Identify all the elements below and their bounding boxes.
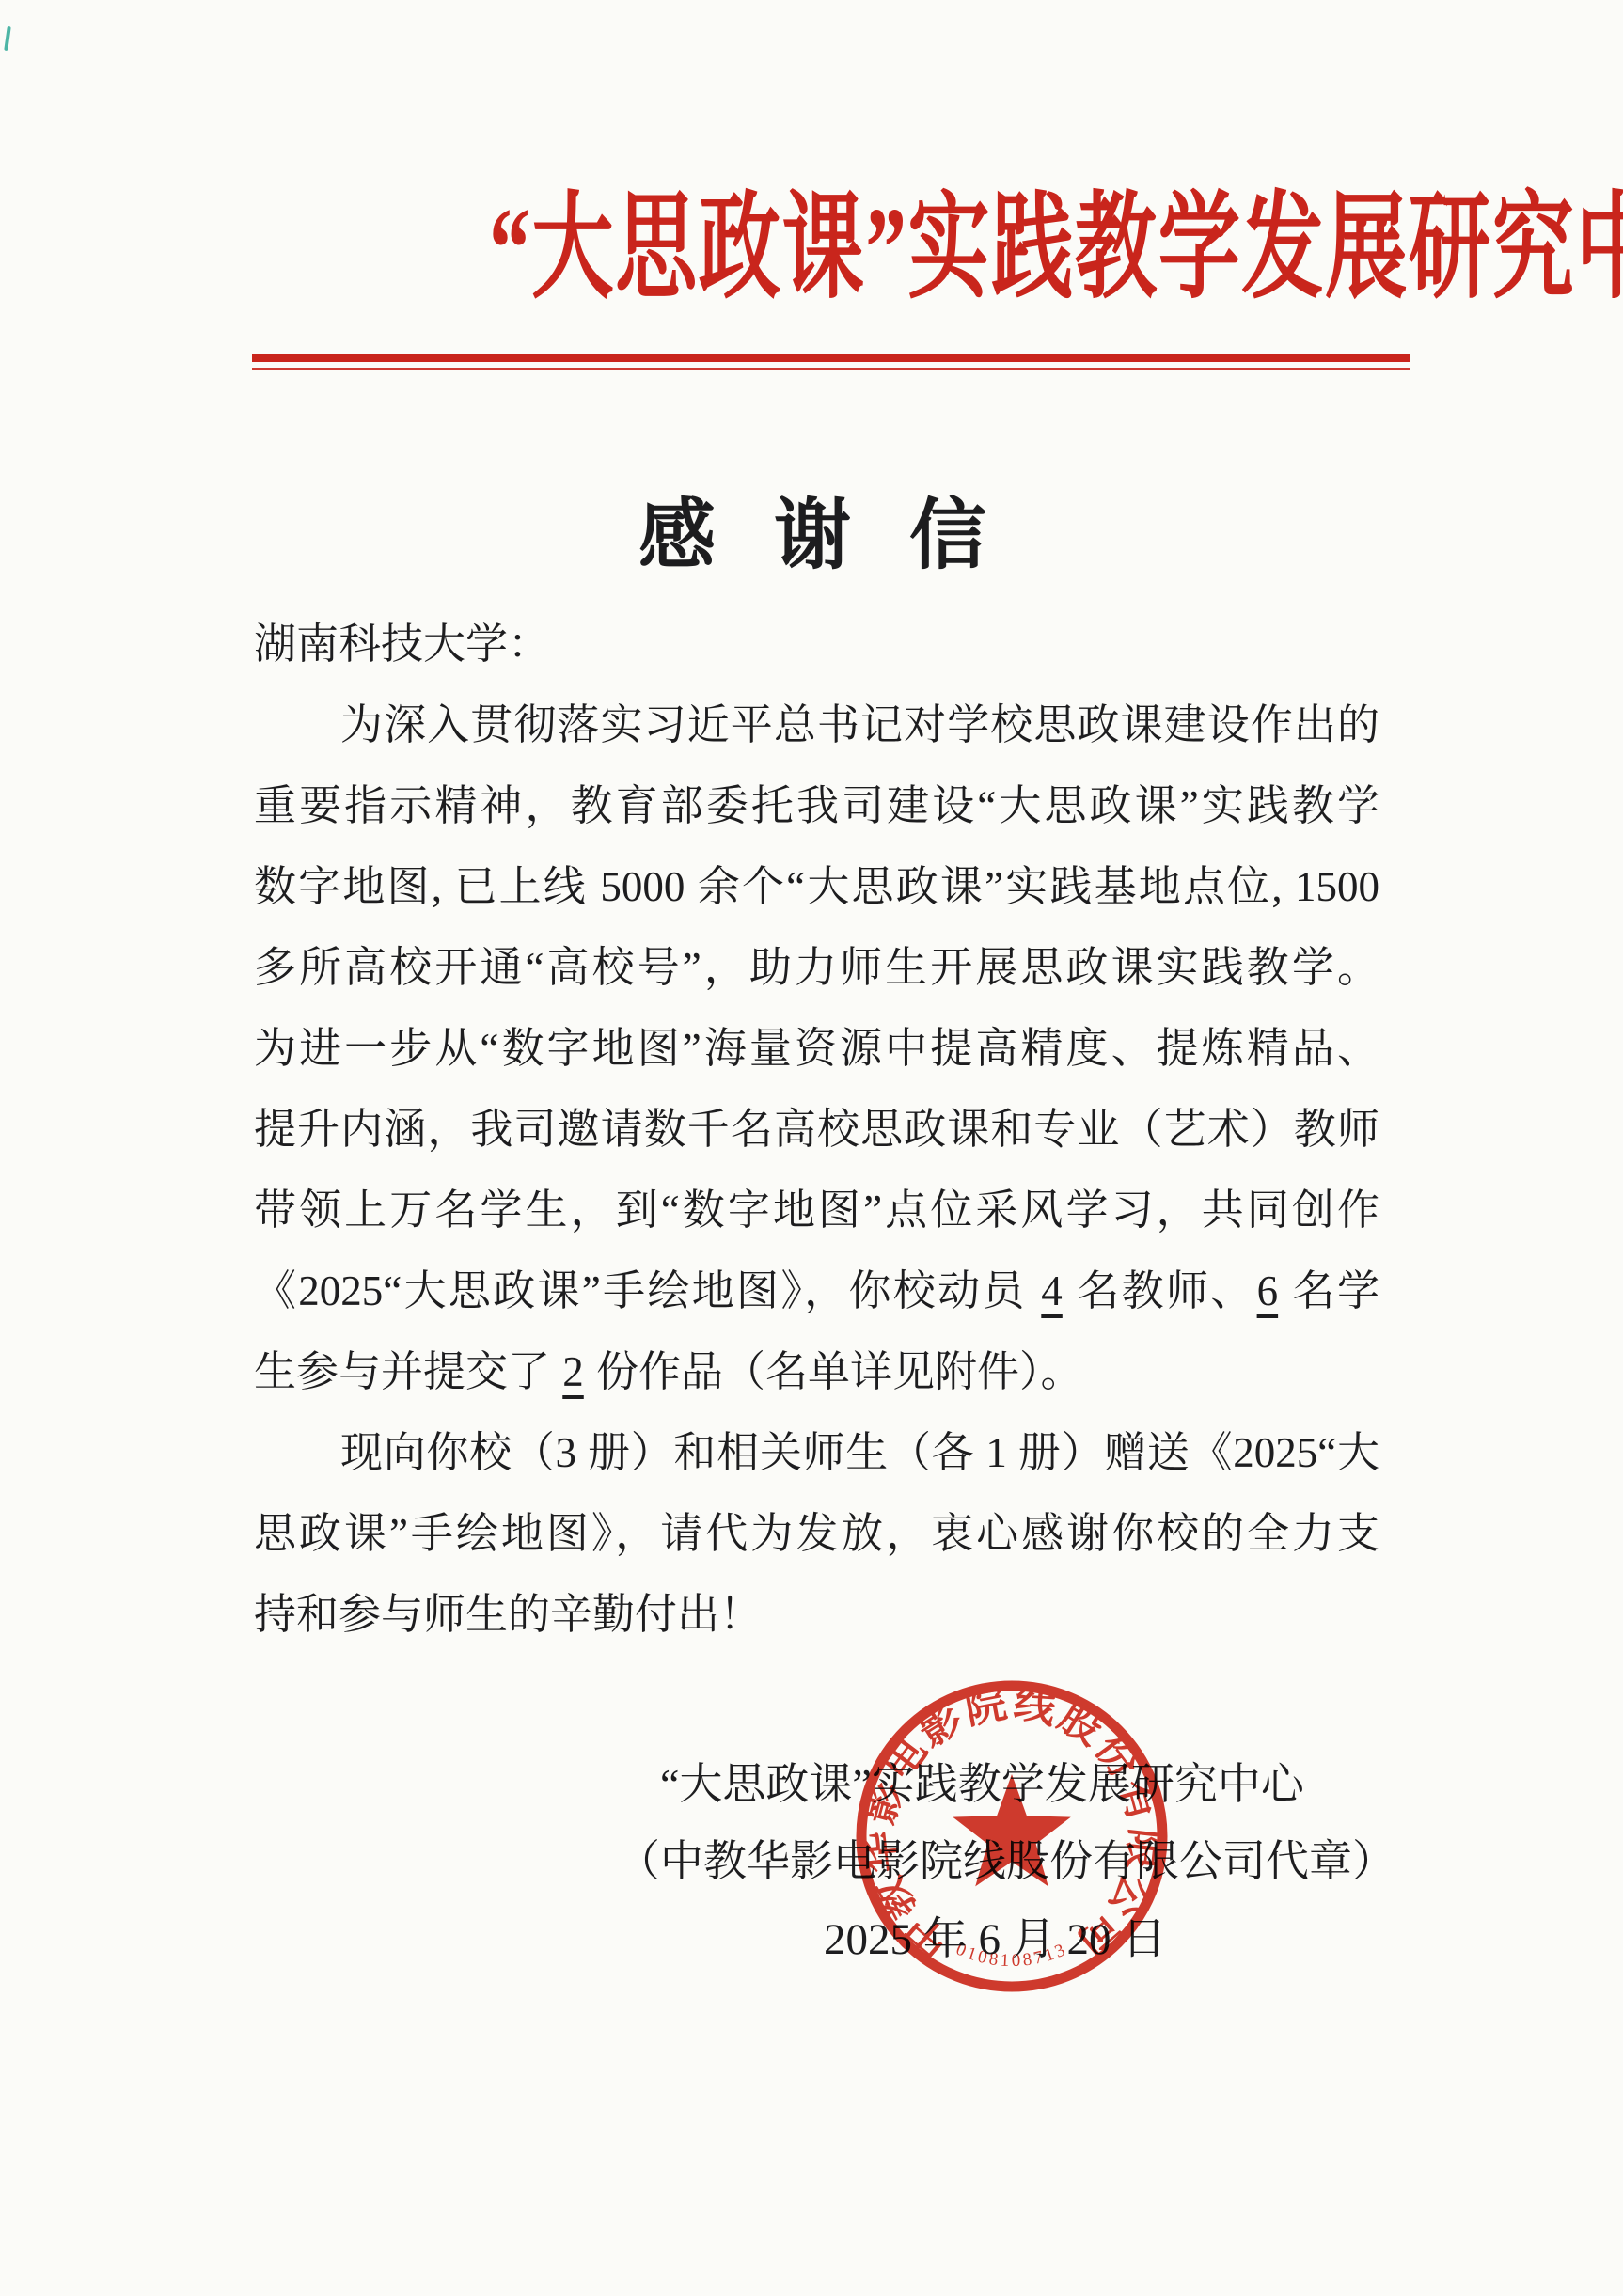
text-segment: 数字地图, 已上线 5000 余个“大思政课”实践基地点位, 1500 [254, 863, 1379, 910]
body-line: 为深入贯彻落实习近平总书记对学校思政课建设作出的 [254, 684, 1379, 765]
body-line: 多所高校开通“高校号”，助力师生开展思政课实践教学。 [254, 927, 1379, 1008]
letter-title: 感谢信 [233, 491, 1392, 581]
letter-page: “大思政课”实践教学发展研究中心 感谢信 湖南科技大学：为深入贯彻落实习近平总书… [0, 0, 1623, 2296]
body-line: 现向你校（3 册）和相关师生（各 1 册）赠送《2025“大 [254, 1412, 1379, 1493]
text-segment: 现向你校（3 册）和相关师生（各 1 册）赠送《2025“大 [340, 1429, 1379, 1476]
text-segment: 《2025“大思政课”手绘地图》，你校动员 [254, 1267, 1039, 1314]
body-line: 生参与并提交了 2 份作品（名单详见附件）。 [254, 1331, 1379, 1412]
body-line: 《2025“大思政课”手绘地图》，你校动员 4 名教师、6 名学 [254, 1250, 1379, 1331]
letterhead-rule-thick [252, 354, 1410, 362]
text-segment: 生参与并提交了 [254, 1348, 560, 1395]
letterhead-title: “大思政课”实践教学发展研究中心 [489, 186, 1623, 310]
body-line: 思政课”手绘地图》，请代为发放，衷心感谢你校的全力支 [254, 1493, 1379, 1574]
body-text: 湖南科技大学：为深入贯彻落实习近平总书记对学校思政课建设作出的重要指示精神，教育… [254, 604, 1379, 1655]
text-segment: 多所高校开通“高校号”，助力师生开展思政课实践教学。 [254, 944, 1379, 991]
star-icon [953, 1774, 1071, 1886]
letterhead-rule-thin [252, 368, 1410, 370]
scan-artifact [4, 26, 11, 51]
official-seal: 中教华影电影院线股份有限公司 0108108713 [843, 1667, 1181, 2005]
body-line: 数字地图, 已上线 5000 余个“大思政课”实践基地点位, 1500 [254, 846, 1379, 927]
body-line: 带领上万名学生，到“数字地图”点位采风学习，共同创作 [254, 1170, 1379, 1250]
body-line: 持和参与师生的辛勤付出！ [254, 1574, 1379, 1655]
text-segment: 为进一步从“数字地图”海量资源中提高精度、提炼精品、 [254, 1025, 1379, 1072]
body-line: 重要指示精神，教育部委托我司建设“大思政课”实践教学 [254, 765, 1379, 846]
seal-serial-text: 0108108713 [953, 1940, 1071, 1972]
text-segment: 名教师、 [1064, 1267, 1255, 1314]
body-line: 湖南科技大学： [254, 604, 1379, 684]
body-line: 提升内涵，我司邀请数千名高校思政课和专业（艺术）教师 [254, 1089, 1379, 1170]
letterhead: “大思政课”实践教学发展研究中心 [233, 186, 1392, 310]
body-line: 为进一步从“数字地图”海量资源中提高精度、提炼精品、 [254, 1008, 1379, 1089]
text-segment: 带领上万名学生，到“数字地图”点位采风学习，共同创作 [254, 1187, 1379, 1234]
text-segment: 份作品（名单详见附件）。 [586, 1348, 1083, 1395]
text-segment: 提升内涵，我司邀请数千名高校思政课和专业（艺术）教师 [254, 1106, 1379, 1153]
text-segment: 持和参与师生的辛勤付出！ [254, 1591, 762, 1638]
underlined-count: 4 [1039, 1267, 1064, 1314]
text-segment: 思政课”手绘地图》，请代为发放，衷心感谢你校的全力支 [254, 1510, 1379, 1557]
text-segment: 名学 [1280, 1267, 1379, 1314]
underlined-count: 6 [1255, 1267, 1281, 1314]
text-segment: 重要指示精神，教育部委托我司建设“大思政课”实践教学 [254, 782, 1379, 829]
underlined-count: 2 [560, 1348, 586, 1395]
text-segment: 为深入贯彻落实习近平总书记对学校思政课建设作出的 [340, 701, 1379, 748]
text-segment: 湖南科技大学： [254, 621, 550, 668]
